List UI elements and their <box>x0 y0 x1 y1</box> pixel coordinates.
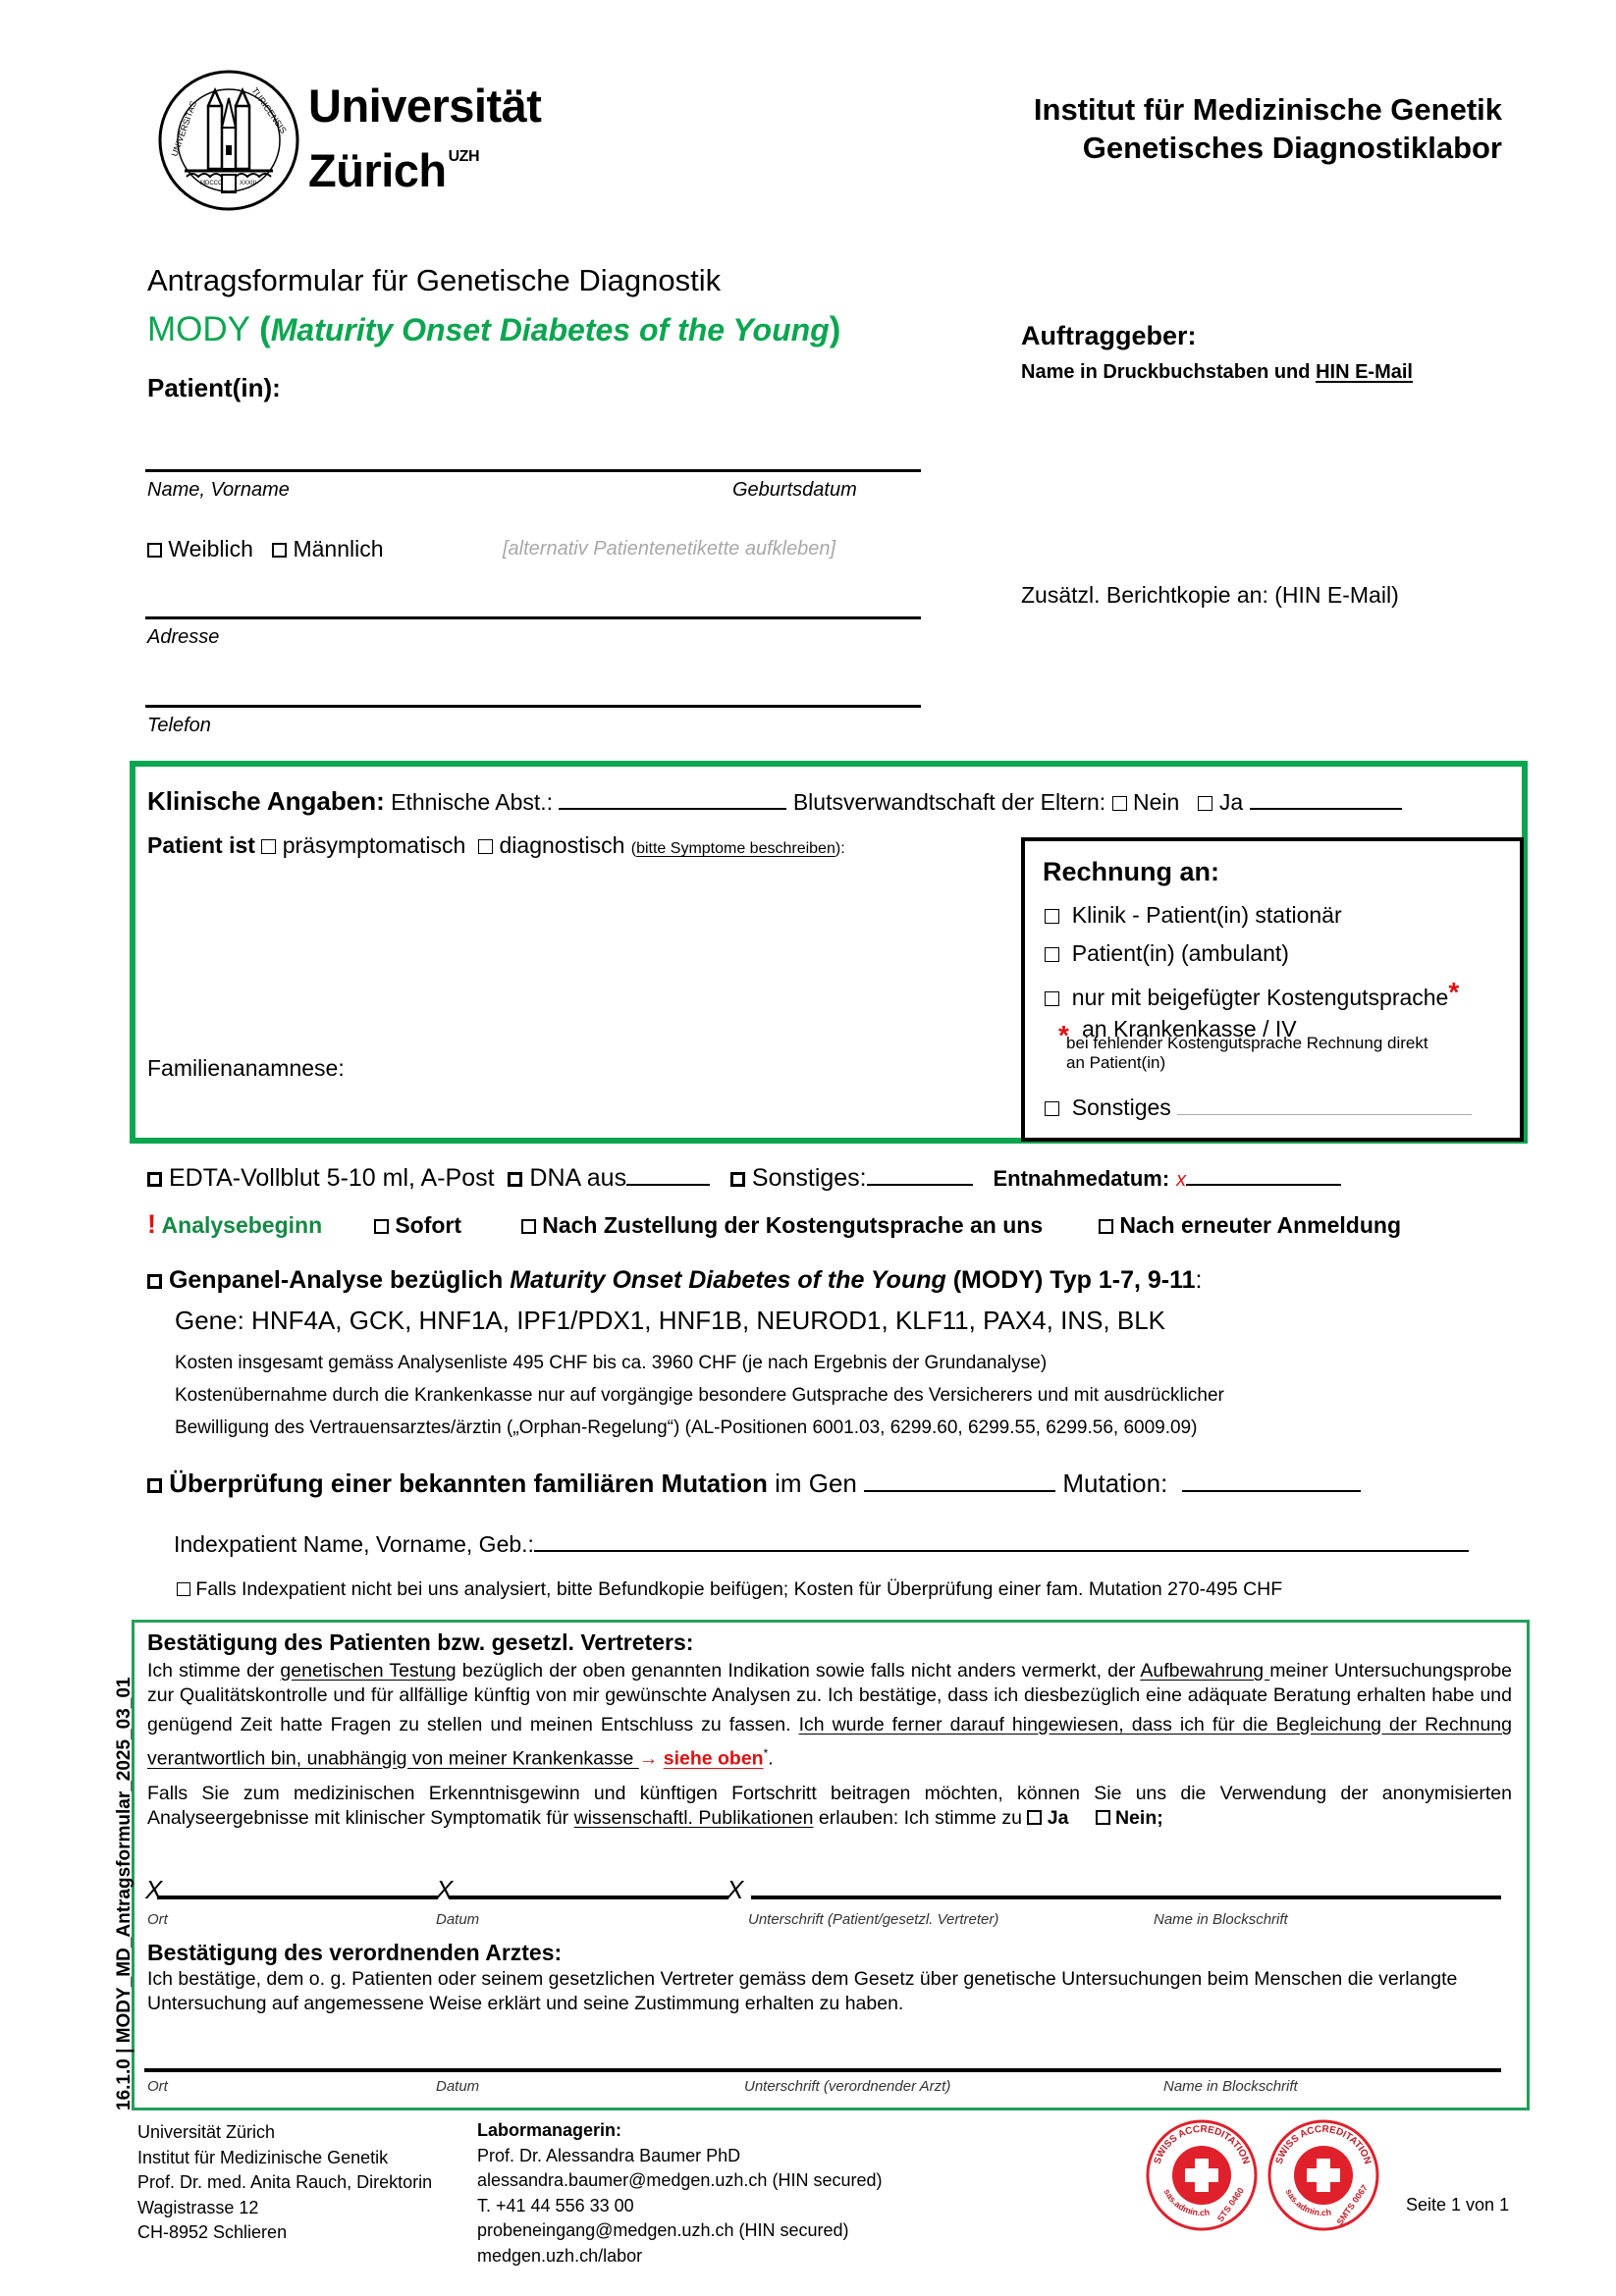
panel-colon: : <box>1196 1266 1203 1294</box>
svg-text:XXXIII: XXXIII <box>240 181 256 187</box>
address-label: Adresse <box>147 626 219 649</box>
underlined-text: wissenschaftl. Publikationen <box>574 1807 814 1829</box>
sig-label-signature: Unterschrift (Patient/gesetzl. Vertreter… <box>748 1911 998 1928</box>
sample-other-checkbox[interactable] <box>730 1172 745 1187</box>
mody-abbrev: MODY <box>147 310 249 348</box>
mutation-label: Mutation: <box>1062 1468 1167 1498</box>
exclamation-icon: ! <box>147 1209 156 1239</box>
patient-signature-field[interactable] <box>751 1896 1501 1899</box>
uzh-sup: UZH <box>449 148 479 165</box>
start-after-approval-checkbox[interactable] <box>521 1219 536 1234</box>
see-above-link: siehe oben <box>664 1748 764 1770</box>
presymptomatic-checkbox[interactable] <box>261 839 276 854</box>
university-wordmark: Universität ZürichUZH <box>308 80 541 196</box>
panel-title-end: (MODY) Typ 1-7, 9-11 <box>946 1266 1196 1294</box>
sig-label-place: Ort <box>147 2078 168 2095</box>
form-title: Antragsformular für Genetische Diagnosti… <box>147 263 721 298</box>
patient-place-field[interactable] <box>157 1896 438 1899</box>
start-after-reregistration-label: Nach erneuter Anmeldung <box>1119 1212 1401 1238</box>
institute-line2: Genetisches Diagnostiklabor <box>1034 129 1502 167</box>
address-line: CH-8952 Schlieren <box>137 2220 432 2246</box>
underlined-text: genetischen Testung <box>280 1660 456 1682</box>
consanguinity-detail-field[interactable] <box>1250 790 1402 810</box>
panel-analysis-option: Genpanel-Analyse bezüglich Maturity Onse… <box>147 1266 1202 1295</box>
text: Ich stimme der <box>147 1660 280 1682</box>
address-line: Wagistrasse 12 <box>137 2196 432 2221</box>
diagnostic-checkbox[interactable] <box>478 839 493 854</box>
male-checkbox[interactable] <box>272 543 287 558</box>
billing-option-clinic[interactable]: Klinik - Patient(in) stationär <box>1045 896 1459 934</box>
footnote-line1: bei fehlender Kostengutsprache Rechnung … <box>1064 1034 1428 1053</box>
billing-other-field[interactable] <box>1177 1100 1472 1115</box>
footnote-asterisk: * <box>1058 1026 1069 1045</box>
text: erlauben: Ich stimme zu <box>813 1807 1027 1829</box>
svg-text:UNIVERSITAS: UNIVERSITAS <box>169 99 198 157</box>
index-patient-row: Indexpatient Name, Vorname, Geb.: <box>174 1531 1469 1558</box>
phone-line[interactable] <box>145 705 921 708</box>
patient-is-label: Patient ist <box>147 832 255 858</box>
analysis-start-label: Analysebeginn <box>162 1212 323 1238</box>
x-mark: X <box>727 1875 743 1905</box>
sig-label-name: Name in Blockschrift <box>1154 1911 1288 1928</box>
lab-manager-heading: Labormanagerin: <box>477 2118 882 2144</box>
presymptomatic-label: präsymptomatisch <box>283 832 466 858</box>
orderer-heading: Auftraggeber: <box>1021 321 1197 351</box>
mutation-field[interactable] <box>1182 1472 1361 1492</box>
address-line: Institut für Medizinische Genetik <box>137 2146 432 2171</box>
footer-lab-manager: Labormanagerin: Prof. Dr. Alessandra Bau… <box>477 2118 882 2269</box>
start-after-reregistration-checkbox[interactable] <box>1099 1219 1113 1234</box>
university-seal-logo: MDCCC XXXIII UNIVERSITAS TURICENSIS <box>157 69 300 212</box>
female-label: Weiblich <box>168 536 253 561</box>
gene-field[interactable] <box>864 1472 1055 1492</box>
doctor-signature-field[interactable] <box>144 2068 1501 2072</box>
start-immediately-label: Sofort <box>395 1212 461 1238</box>
text: . <box>768 1748 773 1770</box>
panel-coverage-1: Kostenübernahme durch die Krankenkasse n… <box>175 1379 1224 1412</box>
billing-option-other[interactable]: Sonstiges <box>1045 1095 1472 1121</box>
institute-line1: Institut für Medizinische Genetik <box>1034 90 1502 129</box>
asterisk-mark: * <box>1448 977 1459 1007</box>
panel-cost: Kosten insgesamt gemäss Analysenliste 49… <box>175 1347 1224 1379</box>
edta-label: EDTA-Vollblut 5-10 ml, A-Post <box>169 1164 495 1192</box>
index-patient-field[interactable] <box>534 1532 1469 1552</box>
index-patient-label: Indexpatient Name, Vorname, Geb.: <box>174 1531 534 1557</box>
phone-label: Telefon <box>147 715 211 737</box>
sample-date-field[interactable] <box>1186 1166 1341 1186</box>
patient-status-row: Patient ist präsymptomatisch diagnostisc… <box>147 832 845 859</box>
text: bezüglich der oben genannten Indikation … <box>457 1660 1141 1682</box>
familial-mutation-checkbox[interactable] <box>147 1478 162 1493</box>
sig-label-date: Datum <box>436 2078 479 2095</box>
billing-option-patient[interactable]: Patient(in) (ambulant) <box>1045 934 1459 973</box>
report-copy-label: Zusätzl. Berichtkopie an: (HIN E-Mail) <box>1021 582 1399 609</box>
orderer-sub-prefix: Name in Druckbuchstaben und <box>1021 361 1316 383</box>
panel-genes: Gene: HNF4A, GCK, HNF1A, IPF1/PDX1, HNF1… <box>175 1306 1165 1336</box>
start-after-approval-label: Nach Zustellung der Kostengutsprache an … <box>542 1212 1043 1238</box>
footer-address: Universität Zürich Institut für Medizini… <box>137 2120 432 2246</box>
sig-label-name: Name in Blockschrift <box>1163 2078 1298 2095</box>
doctor-consent-heading: Bestätigung des verordnenden Arztes: <box>147 1940 562 1966</box>
x-mark: X <box>145 1875 162 1905</box>
name-line[interactable] <box>145 469 921 472</box>
x-mark: X <box>436 1875 453 1905</box>
panel-coverage-2: Bewilligung des Vertrauensarztes/ärztin … <box>175 1412 1224 1444</box>
page-number: Seite 1 von 1 <box>1406 2195 1509 2216</box>
billing-options: Klinik - Patient(in) stationär Patient(i… <box>1045 896 1459 1048</box>
date-x-mark: x <box>1176 1169 1186 1191</box>
consanguinity-yes-checkbox[interactable] <box>1198 796 1212 811</box>
sig-label-date: Datum <box>436 1911 479 1928</box>
paren-open: ( <box>259 310 271 348</box>
diagnostic-label: diagnostisch <box>500 832 625 858</box>
consanguinity-no-label: Nein <box>1133 789 1179 815</box>
patient-consent-heading: Bestätigung des Patienten bzw. gesetzl. … <box>147 1629 693 1656</box>
sig-label-signature: Unterschrift (verordnender Arzt) <box>744 2078 950 2095</box>
index-report-note: Falls Indexpatient nicht bei uns analysi… <box>177 1578 1282 1601</box>
publication-consent-text: Falls Sie zum medizinischen Erkenntnisge… <box>147 1782 1512 1831</box>
panel-title-italic: Maturity Onset Diabetes of the Young <box>510 1266 946 1294</box>
familial-mutation-option: Überprüfung einer bekannten familiären M… <box>147 1468 1361 1499</box>
billing-box: Rechnung an: Klinik - Patient(in) statio… <box>1021 837 1524 1142</box>
clinical-heading: Klinische Angaben: <box>147 786 385 816</box>
swiss-accreditation-badge-sts: SWISS ACCREDITATION sas.admin.ch STS 046… <box>1145 2118 1259 2232</box>
billing-option-label: nur mit beigefügter Kostengutsprache <box>1072 985 1449 1010</box>
patient-consent-text: Ich stimme der genetischen Testung bezüg… <box>147 1659 1512 1776</box>
panel-details: Kosten insgesamt gemäss Analysenliste 49… <box>175 1347 1224 1444</box>
ethnic-label: Ethnische Abst.: <box>391 789 553 815</box>
panel-title-bold: Genpanel-Analyse bezüglich <box>169 1266 510 1294</box>
panel-analysis-checkbox[interactable] <box>147 1274 162 1289</box>
lab-website-link[interactable]: medgen.uzh.ch/labor <box>477 2244 882 2269</box>
billing-option-label: Patient(in) (ambulant) <box>1072 940 1289 966</box>
index-report-checkbox[interactable] <box>177 1582 190 1596</box>
sticker-hint: [alternativ Patientenetikette aufkleben] <box>503 538 835 561</box>
analysis-start-row: ! Analysebeginn Sofort Nach Zustellung d… <box>147 1209 1401 1240</box>
mody-title: MODY (Maturity Onset Diabetes of the You… <box>147 310 840 349</box>
billing-option-label: Klinik - Patient(in) stationär <box>1072 902 1342 928</box>
sample-other-field[interactable] <box>867 1166 973 1186</box>
family-history-label: Familienanamnese: <box>147 1055 345 1082</box>
address-line[interactable] <box>145 616 921 619</box>
familial-title: Überprüfung einer bekannten familiären M… <box>169 1468 768 1498</box>
arrow-icon: → <box>639 1748 664 1770</box>
lab-manager-email-link[interactable]: alessandra.baumer@medgen.uzh.ch (HIN sec… <box>477 2168 882 2194</box>
address-line: Universität Zürich <box>137 2120 432 2146</box>
sex-options: Weiblich Männlich <box>147 536 384 562</box>
consanguinity-no-checkbox[interactable] <box>1112 796 1127 811</box>
doctor-consent-text: Ich bestätige, dem o. g. Patienten oder … <box>147 1967 1512 2016</box>
sample-intake-email-link[interactable]: probeneingang@medgen.uzh.ch (HIN secured… <box>477 2218 882 2244</box>
sample-row: EDTA-Vollblut 5-10 ml, A-Post DNA aus So… <box>147 1164 1341 1193</box>
institute-heading: Institut für Medizinische Genetik Geneti… <box>1034 90 1502 167</box>
billing-heading: Rechnung an: <box>1043 857 1219 887</box>
lab-phone: T. +41 44 556 33 00 <box>477 2194 882 2219</box>
hint-close: ): <box>835 840 845 857</box>
consanguinity-yes-label: Ja <box>1219 789 1243 815</box>
dna-field[interactable] <box>626 1166 710 1186</box>
patient-date-field[interactable] <box>449 1896 728 1899</box>
dna-checkbox[interactable] <box>508 1172 522 1187</box>
sample-other-label: Sonstiges: <box>752 1164 867 1192</box>
in-gene-label: im Gen <box>768 1468 857 1498</box>
publication-yes-checkbox[interactable] <box>1027 1810 1042 1825</box>
clinical-row1: Klinische Angaben: Ethnische Abst.: Blut… <box>147 786 1402 817</box>
hin-email-label: HIN E-Mail <box>1316 361 1413 383</box>
publication-yes-label: Ja <box>1048 1807 1069 1829</box>
ethnic-field[interactable] <box>559 790 786 810</box>
patient-heading: Patient(in): <box>147 373 281 403</box>
sample-date-label: Entnahmedatum: <box>993 1166 1169 1191</box>
orderer-subheading: Name in Druckbuchstaben und HIN E-Mail <box>1021 361 1413 384</box>
sig-label-place: Ort <box>147 1911 168 1928</box>
publication-no-label: Nein; <box>1115 1807 1163 1829</box>
svg-text:MDCCC: MDCCC <box>200 181 223 187</box>
university-line1: Universität <box>308 80 541 132</box>
billing-footnote: * bei fehlender Kostengutsprache Rechnun… <box>1064 1034 1428 1073</box>
consanguinity-label: Blutsverwandtschaft der Eltern: <box>793 789 1105 815</box>
billing-option-label: Sonstiges <box>1072 1095 1171 1120</box>
paren-close: ) <box>830 310 841 348</box>
male-label: Männlich <box>293 536 383 561</box>
edta-checkbox[interactable] <box>147 1172 162 1187</box>
underlined-text: Aufbewahrung <box>1140 1660 1269 1682</box>
swiss-accreditation-badge-smts: SWISS ACCREDITATION sas.admin.ch SMTS 00… <box>1266 2118 1380 2232</box>
footnote-line2: an Patient(in) <box>1064 1053 1428 1073</box>
index-report-note-text: Falls Indexpatient nicht bei uns analysi… <box>195 1578 1282 1600</box>
start-immediately-checkbox[interactable] <box>374 1219 389 1234</box>
dna-label: DNA aus <box>529 1164 626 1192</box>
symptoms-hint: bitte Symptome beschreiben <box>636 840 835 857</box>
publication-no-checkbox[interactable] <box>1096 1810 1110 1825</box>
dob-label: Geburtsdatum <box>732 479 857 502</box>
university-line2: Zürich <box>308 144 447 196</box>
female-checkbox[interactable] <box>147 543 162 558</box>
mody-long: Maturity Onset Diabetes of the Young <box>271 312 830 347</box>
name-label: Name, Vorname <box>147 479 290 502</box>
document-version-label: 16.1.0 | MODY_MD_Antragsformular_2025_03… <box>114 1620 135 2110</box>
address-line: Prof. Dr. med. Anita Rauch, Direktorin <box>137 2170 432 2196</box>
svg-text:TURICENSIS: TURICENSIS <box>249 85 288 134</box>
lab-manager-name: Prof. Dr. Alessandra Baumer PhD <box>477 2144 882 2169</box>
